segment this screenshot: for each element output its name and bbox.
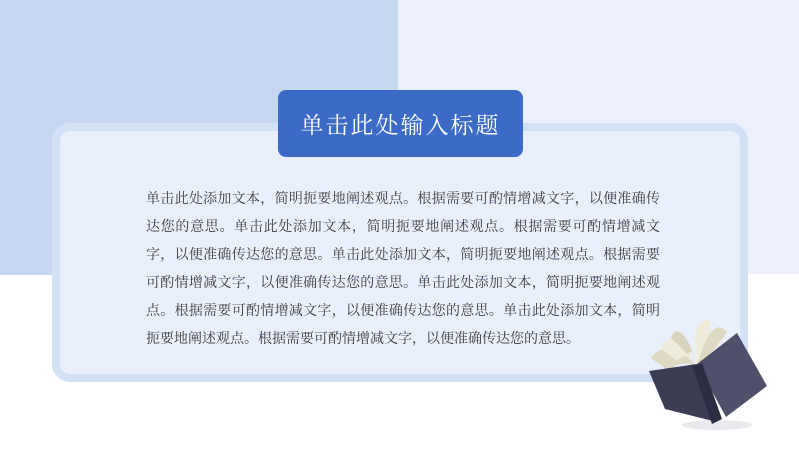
body-text-placeholder[interactable]: 单击此处添加文本，简明扼要地阐述观点。根据需要可酌情增减文字，以便准确传达您的意…: [146, 185, 660, 353]
open-book-illustration: [645, 310, 770, 432]
slide-canvas: 单击此处输入标题 单击此处添加文本，简明扼要地阐述观点。根据需要可酌情增减文字，…: [0, 0, 799, 450]
title-placeholder-banner[interactable]: 单击此处输入标题: [278, 90, 523, 157]
slide-title: 单击此处输入标题: [301, 107, 501, 140]
